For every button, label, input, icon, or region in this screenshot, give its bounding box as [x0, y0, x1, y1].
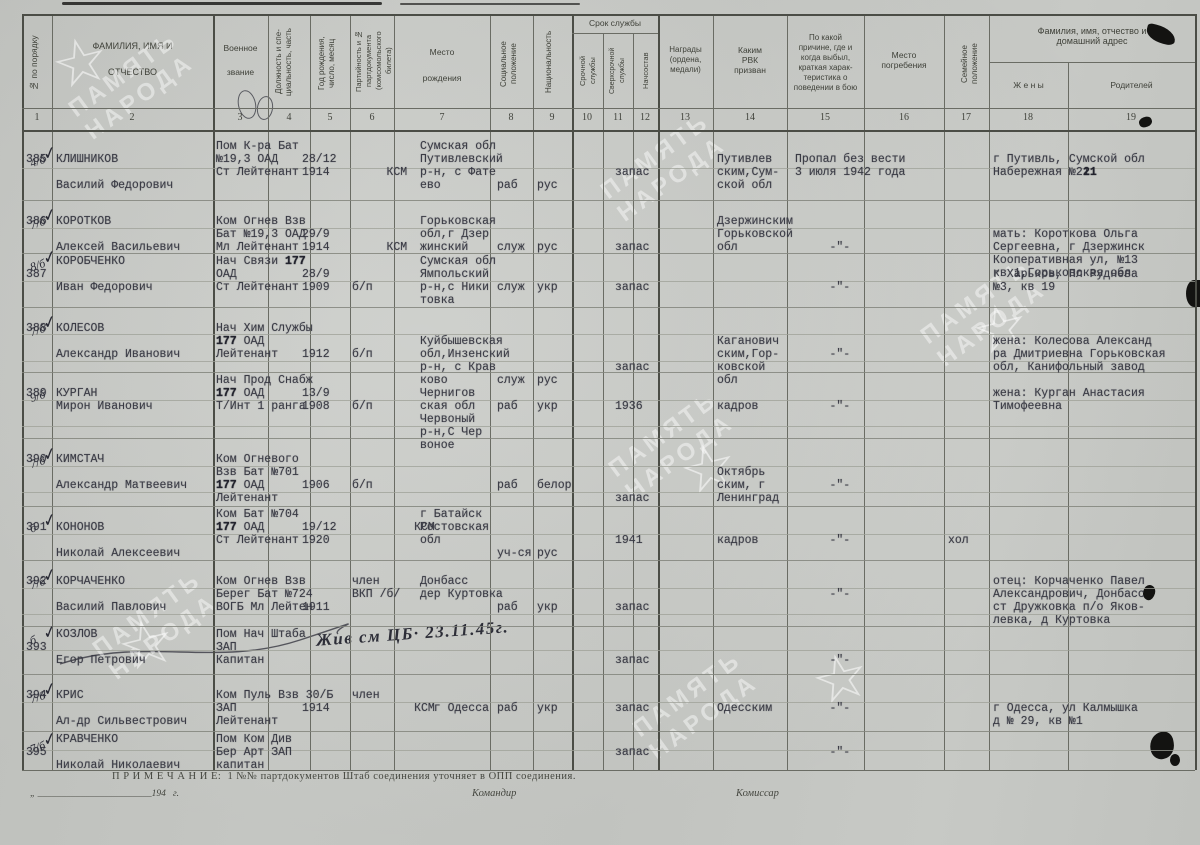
cell-391-date: 19/12 1920 [302, 508, 337, 547]
col-number: 2 [117, 112, 147, 123]
row-divider-line [22, 200, 1195, 201]
table-vertical-line [864, 14, 865, 770]
header-numbers-divider [22, 108, 1195, 109]
col-number: 5 [315, 112, 345, 123]
cell-394-rvk: Одесским [717, 676, 772, 715]
cell-389-nach: 1936 [615, 374, 643, 413]
typed-over-text: 177 [216, 335, 237, 348]
col-header-nationality: Национальность [544, 20, 554, 104]
col-number: 11 [603, 112, 633, 123]
table-vertical-line [394, 14, 395, 770]
col-number: 13 [670, 112, 700, 123]
col-header-active-service: Срочной службы [578, 38, 598, 104]
typed-over-text: 177 [216, 521, 237, 534]
col-number: 8 [496, 112, 526, 123]
col-number: 12 [630, 112, 660, 123]
col-number: 18 [1013, 112, 1043, 123]
cell-390-nation: белор [537, 440, 572, 492]
cell-386-rvk: Дзержинским Горьковской обл [717, 202, 793, 254]
cell-392-party: член ВКП /б/ [352, 562, 400, 601]
ruled-line [22, 466, 1195, 467]
cell-386-name: КОРОТКОВ Алексей Васильевич [56, 202, 180, 254]
cell-386-birth: Горьковская обл,г Дзер жинский [420, 202, 496, 254]
table-vertical-line [787, 14, 788, 770]
ruled-line [22, 534, 1195, 535]
cell-390-date: 1906 [302, 440, 330, 492]
row-divider-line [22, 731, 1195, 732]
col-header-burial-place: Место погребения [864, 50, 944, 70]
cell-390-rvk: Октябрь ским, г Ленинград [717, 440, 779, 505]
col-number: 6 [357, 112, 387, 123]
cell-394-name: КРИС Ал-др Сильвестрович [56, 676, 187, 728]
cell-393-post: Пом Нач Штаба ЗАП Капитан [216, 628, 306, 667]
row-divider-line [22, 560, 1195, 561]
cell-385-date: 28/12 1914 [302, 140, 337, 179]
cell-391-social: уч-ся [497, 508, 532, 560]
cell-394-social: раб [497, 676, 518, 715]
cell-389-social: раб [497, 374, 518, 413]
footnote: П Р И М Е Ч А Н И Е: 1 №№ партдокументов… [112, 771, 576, 782]
cell-387-social: служ [497, 255, 525, 294]
cell-391-name: КОНОНОВ Николай Алексеевич [56, 508, 180, 560]
cell-385-party: КСМ [352, 140, 407, 179]
row-divider-line [22, 506, 1195, 507]
cell-385-post: Пом К-ра Бат №19,3 ОАД Ст Лейтенант [216, 140, 299, 179]
cell-394-nation: укр [537, 676, 558, 715]
cell-386-reason: -"- [795, 202, 850, 254]
cell-391-reason: -"- [795, 508, 850, 547]
ruled-line [22, 750, 1195, 751]
col-group-service-term: Срок службы [572, 18, 658, 28]
cell-389-address: жена: Курган Анастасия Тимофеевна [993, 374, 1145, 413]
cell-390-party: б/п [352, 440, 373, 492]
cell-391-nation: рус [537, 508, 558, 560]
cell-389-nation: укр [537, 374, 558, 413]
cell-394-address: г Одесса, ул Калмышка д № 29, кв №1 [993, 676, 1138, 728]
col-number: 9 [537, 112, 567, 123]
table-vertical-line [713, 14, 714, 770]
table-vertical-line [989, 14, 990, 770]
cell-392-nach: запас [615, 562, 650, 614]
cell-390-social: раб [497, 440, 518, 492]
col-header-social: Социальное положение [499, 24, 519, 104]
cell-392-name: КОРЧАЧЕНКО Василий Павлович [56, 562, 166, 614]
family-address-group-divider [989, 62, 1195, 63]
typed-over-text: 177 [216, 479, 237, 492]
commissar-signature-label: Комиссар [736, 788, 779, 799]
cell-387-birth: Сумская обл Ямпольский р-н,с Ники товка [420, 255, 496, 307]
cell-388-date: 1912 [302, 309, 330, 361]
cell-388-party: б/п [352, 309, 373, 361]
cell-392-date: 1911 [302, 562, 330, 614]
cell-391-family: хол [948, 508, 969, 547]
table-vertical-line [490, 14, 491, 770]
scan-smudge [62, 2, 382, 5]
col-number: 7 [427, 112, 457, 123]
row-divider-line [22, 307, 1195, 308]
row-divider-line [22, 438, 1195, 439]
header-bottom-border [22, 130, 1195, 132]
col-number: 17 [951, 112, 981, 123]
col-header-awards: Награды (ордена, медали) [658, 45, 713, 75]
table-vertical-line [22, 14, 24, 770]
cell-390-post: Ком Огневого Взв Бат №701 177 ОАД Лейтен… [216, 440, 299, 505]
cell-395-reason: -"- [795, 733, 850, 759]
col-number: 16 [889, 112, 919, 123]
col-header-loss-reason: По какой причине, где и когда выбыл, кра… [787, 33, 864, 93]
col-number: 4 [274, 112, 304, 123]
cell-392-post: Ком Огнев Взв Берег Бат №724 ВОГБ Мл Лей… [216, 562, 313, 614]
col-number: 3 [225, 112, 255, 123]
ink-blot [1186, 280, 1200, 307]
cell-391-rvk: кадров [717, 508, 758, 547]
cell-394-birth: г Одесса [420, 676, 489, 715]
table-bottom-border [22, 770, 1195, 771]
cell-389-birth: Чернигов ская обл Червоный р-н,С Чер вон… [420, 374, 482, 452]
cell-386-social: служ [497, 202, 525, 254]
row-divider-line [22, 674, 1195, 675]
table-top-border [22, 14, 1195, 16]
cell-391-birth: г Батайск Ростовская обл [420, 508, 489, 547]
scan-smudge [400, 3, 580, 5]
cell-385-rvk: Путивлев ским,Сум- ской обл [717, 140, 779, 192]
cell-393-nach: запас [615, 628, 650, 667]
col-header-parents: Родителей [1068, 80, 1195, 90]
cell-385-nach: запас [615, 140, 650, 179]
col-number: 15 [810, 112, 840, 123]
table-vertical-line [1195, 14, 1197, 770]
cell-393-name: КОЗЛОВ Егор Петрович [56, 628, 146, 667]
col-header-wife: Ж е н ы [989, 80, 1068, 90]
cell-390-nach: запас [615, 440, 650, 505]
table-vertical-line [52, 14, 53, 770]
commander-signature-label: Командир [472, 788, 516, 799]
cell-395-nach: запас [615, 733, 650, 759]
col-header-duty: Должность и спе- циальность, часть [274, 18, 294, 106]
table-vertical-line [213, 14, 215, 770]
col-header-birth-year: Год рождения, число, месяц [317, 20, 337, 106]
col-header-extended-service: Сверхсрочной службы [608, 38, 628, 104]
cell-387-nation: укр [537, 255, 558, 294]
cell-392-birth: Донбасс дер Куртовка [420, 562, 503, 601]
ruled-line [22, 650, 1195, 651]
col-number: 19 [1116, 112, 1146, 123]
typed-over-text: 21 [1083, 166, 1097, 179]
col-header-rank: Военное звание [213, 42, 268, 78]
cell-394-reason: -"- [795, 676, 850, 715]
cell-395-post: Пом Ком Див Бер Арт ЗАП капитан [216, 733, 292, 772]
cell-388-reason: -"- [795, 309, 850, 361]
cell-387-nach: запас [615, 255, 650, 294]
cell-386-party: КСМ [352, 202, 407, 254]
typed-over-text: 177 [285, 255, 306, 268]
cell-395-name: КРАВЧЕНКО Николай Николаевич [56, 733, 180, 772]
cell-385-address: г Путивль, Сумской обл Набережная №21 [993, 140, 1145, 179]
cell-387-name: КОРОБЧЕНКО Иван Федорович [56, 255, 153, 294]
cell-386-post: Ком Огнев Взв Бат №19,3 ОАД Мл Лейтенант [216, 202, 306, 254]
table-vertical-line [533, 14, 534, 770]
cell-389-date: 13/9 1908 [302, 374, 330, 413]
table-vertical-line [603, 33, 604, 770]
service-term-group-divider [572, 33, 658, 34]
cell-388-address: жена: Колесова Александ ра Дмитриевна Го… [993, 309, 1166, 374]
handwritten-note: Жив см ЦБ· 23.11.45г. [316, 617, 510, 650]
cell-390-reason: -"- [795, 440, 850, 492]
date-blank-line: „ ________________________194 г. [30, 789, 179, 799]
cell-391-nach: 1941 [615, 508, 643, 547]
col-header-officer-corps: Начсостав [641, 38, 651, 104]
cell-387-date: 28/9 1909 [302, 255, 330, 294]
table-vertical-line [944, 14, 945, 770]
cell-392-social: раб [497, 562, 518, 614]
cell-389-rvk: кадров [717, 374, 758, 413]
cell-387-reason: -"- [795, 255, 850, 294]
cell-389-reason: -"- [795, 374, 850, 413]
ruled-line [22, 492, 1195, 493]
cell-392-nation: укр [537, 562, 558, 614]
cell-385-social: раб [497, 140, 518, 192]
cell-385-birth: Сумская обл Путивлевский р-н, с Фате ево [420, 140, 503, 192]
col-header-index: № по порядку [29, 20, 39, 106]
scanned-document-page: № по порядку ФАМИЛИЯ, ИМЯ И ОТЧЕСТВО Вое… [0, 0, 1200, 845]
cell-386-nation: рус [537, 202, 558, 254]
cell-392-address: отец: Корчаченко Павел Александрович, До… [993, 562, 1145, 627]
col-number: 1 [22, 112, 52, 123]
cell-385-nation: рус [537, 140, 558, 192]
cell-394-date: 1914 [302, 676, 330, 715]
ink-blot [1170, 754, 1180, 766]
ruled-line [22, 426, 1195, 427]
cell-388-name: КОЛЕСОВ Александр Иванович [56, 309, 180, 361]
typed-over-text: 177 [216, 387, 237, 400]
col-number: 14 [735, 112, 765, 123]
table-vertical-line [350, 14, 351, 770]
table-vertical-line [658, 14, 660, 770]
cell-389-name: КУРГАН Мирон Иванович [56, 374, 153, 413]
cell-394-nach: запас [615, 676, 650, 715]
cell-387-address: г Харьков, Пл Руднева №3, кв 19 [993, 255, 1138, 294]
cell-387-party: б/п [352, 255, 373, 294]
cell-385-reason: Пропал без вести 3 июля 1942 года [795, 140, 905, 179]
col-header-marital-status: Семейное положение [960, 24, 980, 104]
col-header-birthplace: Место рождения [394, 46, 490, 85]
table-vertical-line [572, 14, 574, 770]
col-number: 10 [572, 112, 602, 123]
cell-386-nach: запас [615, 202, 650, 254]
col-header-party: Партийность и № партдокумента (комсомоль… [354, 16, 394, 106]
cell-389-party: б/п [352, 374, 373, 413]
cell-390-name: КИМСТАЧ Александр Матвеевич [56, 440, 187, 492]
cell-393-reason: -"- [795, 628, 850, 667]
col-header-name: ФАМИЛИЯ, ИМЯ И ОТЧЕСТВО [52, 40, 213, 79]
cell-386-date: 29/9 1914 [302, 202, 330, 254]
col-header-rvk: Каким РВК призван [713, 45, 787, 75]
cell-388-nach: запас [615, 309, 650, 374]
cell-385-name: КЛИШНИКОВ Василий Федорович [56, 140, 173, 192]
cell-392-reason: -"- [795, 562, 850, 601]
